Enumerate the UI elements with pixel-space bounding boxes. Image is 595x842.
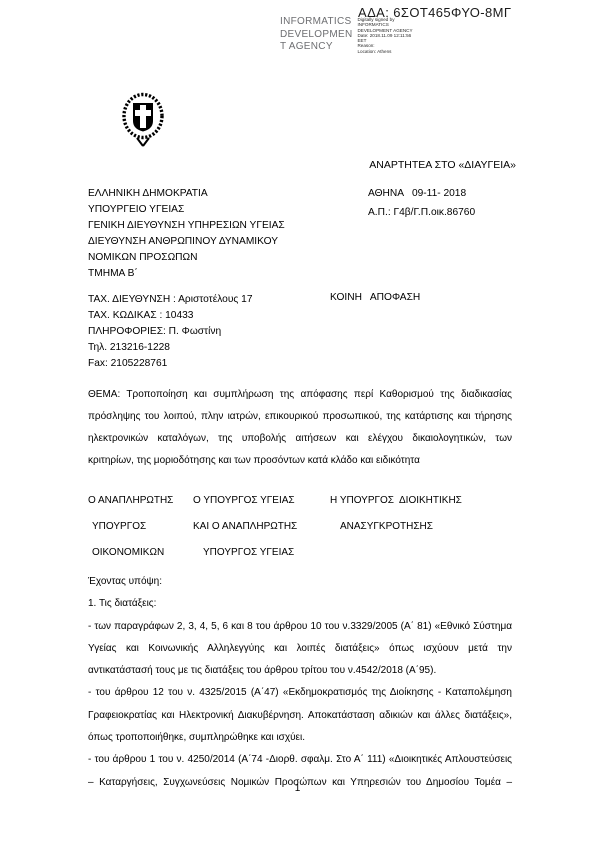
- contact-line: ΤΑΧ. ΔΙΕΥΘΥΝΣΗ : Αριστοτέλους 17: [88, 292, 253, 308]
- preamble-block: Έχοντας υπόψη: 1. Τις διατάξεις: - των π…: [88, 571, 512, 794]
- preamble-line: όπως τροποποιήθηκε, συμπληρώθηκε και ισχ…: [88, 727, 512, 749]
- signatory-administrative: Η ΥΠΟΥΡΓΟΣ ΔΙΟΙΚΗΤΙΚΗΣ ΑΝΑΣΥΓΚΡΟΤΗΣΗΣ: [330, 488, 462, 540]
- signature-agency-line: INFORMATICS: [280, 16, 352, 29]
- sender-line: ΕΛΛΗΝΙΚΗ ΔΗΜΟΚΡΑΤΙΑ: [88, 186, 285, 202]
- page-number: 1: [0, 783, 595, 794]
- document-page: ΑΔΑ: 6ΣΟΤ465ΦΥΟ-8ΜΓ INFORMATICS DEVELOPM…: [0, 0, 595, 842]
- sender-line: ΥΠΟΥΡΓΕΙΟ ΥΓΕΙΑΣ: [88, 202, 285, 218]
- contact-block: ΤΑΧ. ΔΙΕΥΘΥΝΣΗ : Αριστοτέλους 17 ΤΑΧ. ΚΩ…: [88, 292, 253, 372]
- signatory-line: Ο ΑΝΑΠΛΗΡΩΤΗΣ: [88, 488, 173, 514]
- contact-line: ΤΑΧ. ΚΩΔΙΚΑΣ : 10433: [88, 308, 253, 324]
- contact-line: Fax: 2105228761: [88, 356, 253, 372]
- contact-line: ΠΛΗΡΟΦΟΡΙΕΣ: Π. Φωστίνη: [88, 324, 253, 340]
- subject-line: ηλεκτρονικών καταλόγων, της υποβολής αιτ…: [88, 428, 512, 450]
- digital-signature-stamp: INFORMATICS DEVELOPMEN T AGENCY Digitall…: [280, 16, 413, 54]
- subject-line: κριτηρίων, της μοριοδότησης και των προσ…: [88, 450, 512, 472]
- signatory-line: ΚΑΙ Ο ΑΝΑΠΛΗΡΩΤΗΣ: [193, 514, 297, 540]
- signatory-line: Η ΥΠΟΥΡΓΟΣ ΔΙΟΙΚΗΤΙΚΗΣ: [330, 488, 462, 514]
- preamble-line: αντικατάστασή τους με τις διατάξεις του …: [88, 660, 512, 682]
- subject-line: ΘΕΜΑ: Τροποποίηση και συμπλήρωση της από…: [88, 384, 512, 406]
- sender-line: ΔΙΕΥΘΥΝΣΗ ΑΝΘΡΩΠΙΝΟΥ ΔΥΝΑΜΙΚΟΥ: [88, 234, 285, 250]
- preamble-line: - του άρθρου 12 του ν. 4325/2015 (Α΄47) …: [88, 682, 512, 704]
- signatory-line: ΥΠΟΥΡΓΟΣ ΥΓΕΙΑΣ: [193, 540, 297, 566]
- signatory-line: ΑΝΑΣΥΓΚΡΟΤΗΣΗΣ: [330, 514, 462, 540]
- preamble-line: - του άρθρου 1 του ν. 4250/2014 (Α΄74 -Δ…: [88, 749, 512, 771]
- signatory-line: ΟΙΚΟΝΟΜΙΚΩΝ: [88, 540, 173, 566]
- subject-line: πρόσληψης του λοιπού, πλην ιατρών, επικο…: [88, 406, 512, 428]
- sender-line: ΓΕΝΙΚΗ ΔΙΕΥΘΥΝΣΗ ΥΠΗΡΕΣΙΩΝ ΥΓΕΙΑΣ: [88, 218, 285, 234]
- preamble-line: Υγείας και Κοινωνικής Αλληλεγγύης και λο…: [88, 638, 512, 660]
- sender-line: ΝΟΜΙΚΩΝ ΠΡΟΣΩΠΩΝ: [88, 250, 285, 266]
- preamble-line: Έχοντας υπόψη:: [88, 571, 512, 593]
- contact-line: Τηλ. 213216-1228: [88, 340, 253, 356]
- signatory-line: Ο ΥΠΟΥΡΓΟΣ ΥΓΕΙΑΣ: [193, 488, 297, 514]
- greek-coat-of-arms-icon: [118, 90, 168, 153]
- signature-agency-name: INFORMATICS DEVELOPMEN T AGENCY: [280, 16, 352, 54]
- preamble-line: - των παραγράφων 2, 3, 4, 5, 6 και 8 του…: [88, 616, 512, 638]
- decision-type-label: ΚΟΙΝΗ ΑΠΟΦΑΣΗ: [330, 292, 420, 303]
- signature-detail-line: Location: Athens: [357, 49, 412, 54]
- preamble-line: 1. Τις διατάξεις:: [88, 593, 512, 615]
- signatory-line: ΥΠΟΥΡΓΟΣ: [88, 514, 173, 540]
- preamble-line: Γραφειοκρατίας και Ηλεκτρονική Διακυβέρν…: [88, 705, 512, 727]
- city-date: ΑΘΗΝΑ 09-11- 2018: [368, 188, 475, 199]
- signatory-finance: Ο ΑΝΑΠΛΗΡΩΤΗΣ ΥΠΟΥΡΓΟΣ ΟΙΚΟΝΟΜΙΚΩΝ: [88, 488, 173, 566]
- subject-block: ΘΕΜΑ: Τροποποίηση και συμπλήρωση της από…: [88, 384, 512, 472]
- sender-block: ΕΛΛΗΝΙΚΗ ΔΗΜΟΚΡΑΤΙΑ ΥΠΟΥΡΓΕΙΟ ΥΓΕΙΑΣ ΓΕΝ…: [88, 186, 285, 282]
- sender-line: ΤΜΗΜΑ Β΄: [88, 266, 285, 282]
- signature-agency-line: T AGENCY: [280, 41, 352, 54]
- signatory-health: Ο ΥΠΟΥΡΓΟΣ ΥΓΕΙΑΣ ΚΑΙ Ο ΑΝΑΠΛΗΡΩΤΗΣ ΥΠΟΥ…: [193, 488, 297, 566]
- protocol-number: Α.Π.: Γ4β/Γ.Π.οικ.86760: [368, 207, 475, 218]
- anartitea-label: ΑΝΑΡΤΗΤΕΑ ΣΤΟ «ΔΙΑΥΓΕΙΑ»: [369, 159, 516, 171]
- signature-agency-line: DEVELOPMEN: [280, 29, 352, 42]
- protocol-block: ΑΘΗΝΑ 09-11- 2018 Α.Π.: Γ4β/Γ.Π.οικ.8676…: [368, 188, 475, 218]
- signature-details: Digitally signed by INFORMATICS DEVELOPM…: [357, 16, 412, 54]
